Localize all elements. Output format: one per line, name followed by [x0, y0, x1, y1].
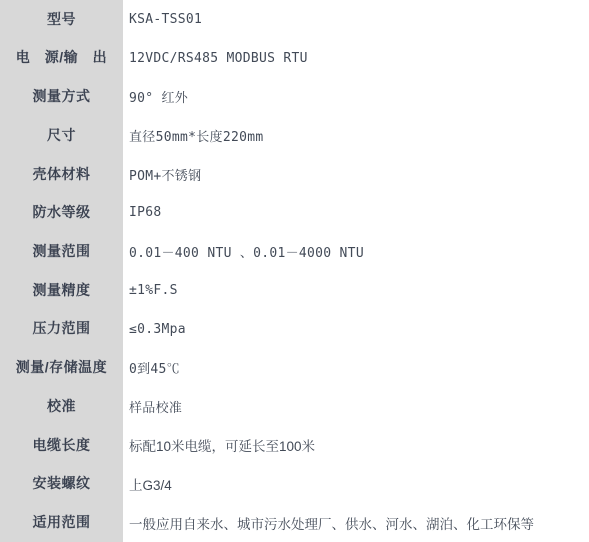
spec-value: ±1%F.S: [123, 271, 589, 310]
spec-value: KSA-TSS01: [123, 0, 589, 39]
spec-value: 90° 红外: [123, 77, 589, 116]
spec-value: 一般应用自来水、城市污水处理厂、供水、河水、湖泊、化工环保等: [123, 503, 589, 542]
spec-value: 上G3/4: [123, 465, 589, 504]
table-row: 电 源/输 出 12VDC/RS485 MODBUS RTU: [0, 39, 589, 78]
spec-label: 压力范围: [0, 310, 123, 349]
table-row: 压力范围 ≤0.3Mpa: [0, 310, 589, 349]
spec-value: 直径50mm*长度220mm: [123, 116, 589, 155]
spec-label: 适用范围: [0, 503, 123, 542]
spec-value: 标配10米电缆，可延长至100米: [123, 426, 589, 465]
spec-value: ≤0.3Mpa: [123, 310, 589, 349]
table-row: 壳体材料 POM+不锈钢: [0, 155, 589, 194]
table-row: 电缆长度 标配10米电缆，可延长至100米: [0, 426, 589, 465]
table-row: 校准 样品校准: [0, 387, 589, 426]
spec-value: 0.01－400 NTU 、0.01－4000 NTU: [123, 232, 589, 271]
spec-label: 测量范围: [0, 232, 123, 271]
table-row: 防水等级 IP68: [0, 194, 589, 233]
table-row: 型号 KSA-TSS01: [0, 0, 589, 39]
spec-table: 型号 KSA-TSS01 电 源/输 出 12VDC/RS485 MODBUS …: [0, 0, 589, 542]
spec-label: 测量精度: [0, 271, 123, 310]
spec-value: 12VDC/RS485 MODBUS RTU: [123, 39, 589, 78]
table-row: 适用范围 一般应用自来水、城市污水处理厂、供水、河水、湖泊、化工环保等: [0, 503, 589, 542]
spec-value: 0到45℃: [123, 348, 589, 387]
table-row: 尺寸 直径50mm*长度220mm: [0, 116, 589, 155]
spec-value: 样品校准: [123, 387, 589, 426]
table-row: 测量/存储温度 0到45℃: [0, 348, 589, 387]
spec-label: 电 源/输 出: [0, 39, 123, 78]
spec-label: 电缆长度: [0, 426, 123, 465]
table-row: 测量方式 90° 红外: [0, 77, 589, 116]
spec-label: 测量/存储温度: [0, 348, 123, 387]
table-row: 测量精度 ±1%F.S: [0, 271, 589, 310]
spec-label: 型号: [0, 0, 123, 39]
table-row: 测量范围 0.01－400 NTU 、0.01－4000 NTU: [0, 232, 589, 271]
spec-label: 校准: [0, 387, 123, 426]
spec-label: 防水等级: [0, 194, 123, 233]
spec-label: 尺寸: [0, 116, 123, 155]
table-row: 安装螺纹 上G3/4: [0, 465, 589, 504]
spec-value: POM+不锈钢: [123, 155, 589, 194]
spec-label: 安装螺纹: [0, 465, 123, 504]
spec-label: 测量方式: [0, 77, 123, 116]
spec-value: IP68: [123, 194, 589, 233]
spec-label: 壳体材料: [0, 155, 123, 194]
